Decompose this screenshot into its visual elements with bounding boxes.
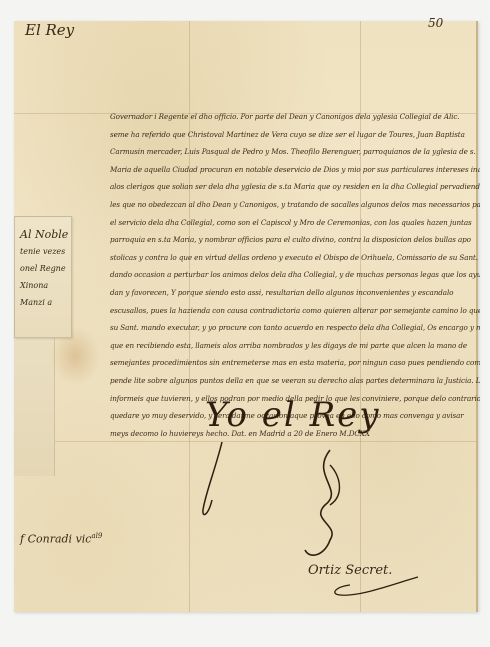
body-line: escusallos, pues la hazienda con causa c…: [110, 302, 480, 320]
endorsement-note: f Conradi vical9: [20, 532, 102, 546]
body-line: Carmusin mercader, Luis Pasqual de Pedro…: [110, 143, 480, 161]
body-line: les que no obedezcan al dho Dean y Canon…: [110, 196, 480, 214]
body-line: semejantes procedimientos sin entremeter…: [110, 354, 480, 372]
royal-signature: Yo el Rey: [205, 395, 381, 435]
body-line: alos clerigos que solian ser dela dha yg…: [110, 178, 480, 196]
body-line: stolicas y contra lo que en virtud della…: [110, 249, 480, 267]
attached-paper-strip: [14, 336, 55, 476]
body-line: dando occasion a perturbar los animos de…: [110, 266, 480, 284]
endorsement-number: 9: [98, 532, 102, 540]
margin-note-line: Al Noble: [20, 226, 80, 243]
margin-note-line: Manzi a: [20, 294, 80, 311]
rubric-flourish-icon: [300, 445, 360, 565]
margin-note-line: tenie vezes: [20, 243, 80, 260]
body-line: que en recibiendo esta, llameis alos arr…: [110, 337, 480, 355]
margin-note-line: Xinona: [20, 277, 80, 294]
margin-note-line: onel Regne: [20, 260, 80, 277]
endorsement-text: f Conradi vic: [20, 533, 91, 546]
signature-descender-icon: [200, 440, 230, 520]
body-line: parroquia en s.ta Maria, y nombrar offic…: [110, 231, 480, 249]
folio-number: 50: [428, 16, 443, 30]
body-line: Governador i Regente el dho officio. Por…: [110, 108, 480, 126]
secretary-flourish-icon: [330, 575, 420, 599]
body-line: pende lite sobre algunos puntos della en…: [110, 372, 480, 390]
body-line: su Sant. mando executar, y yo procure co…: [110, 319, 480, 337]
body-line: seme ha referido que Christoval Martinez…: [110, 126, 480, 144]
body-line: el servicio dela dha Collegial, como son…: [110, 214, 480, 232]
body-line: dan y favorecen, Y porque siendo esto as…: [110, 284, 480, 302]
salutation: El Rey: [25, 21, 74, 39]
body-line: Maria de aquella Ciudad procuran en nota…: [110, 161, 480, 179]
margin-note: Al Noble tenie vezes onel Regne Xinona M…: [20, 226, 80, 311]
letter-body: Governador i Regente el dho officio. Por…: [110, 108, 480, 442]
